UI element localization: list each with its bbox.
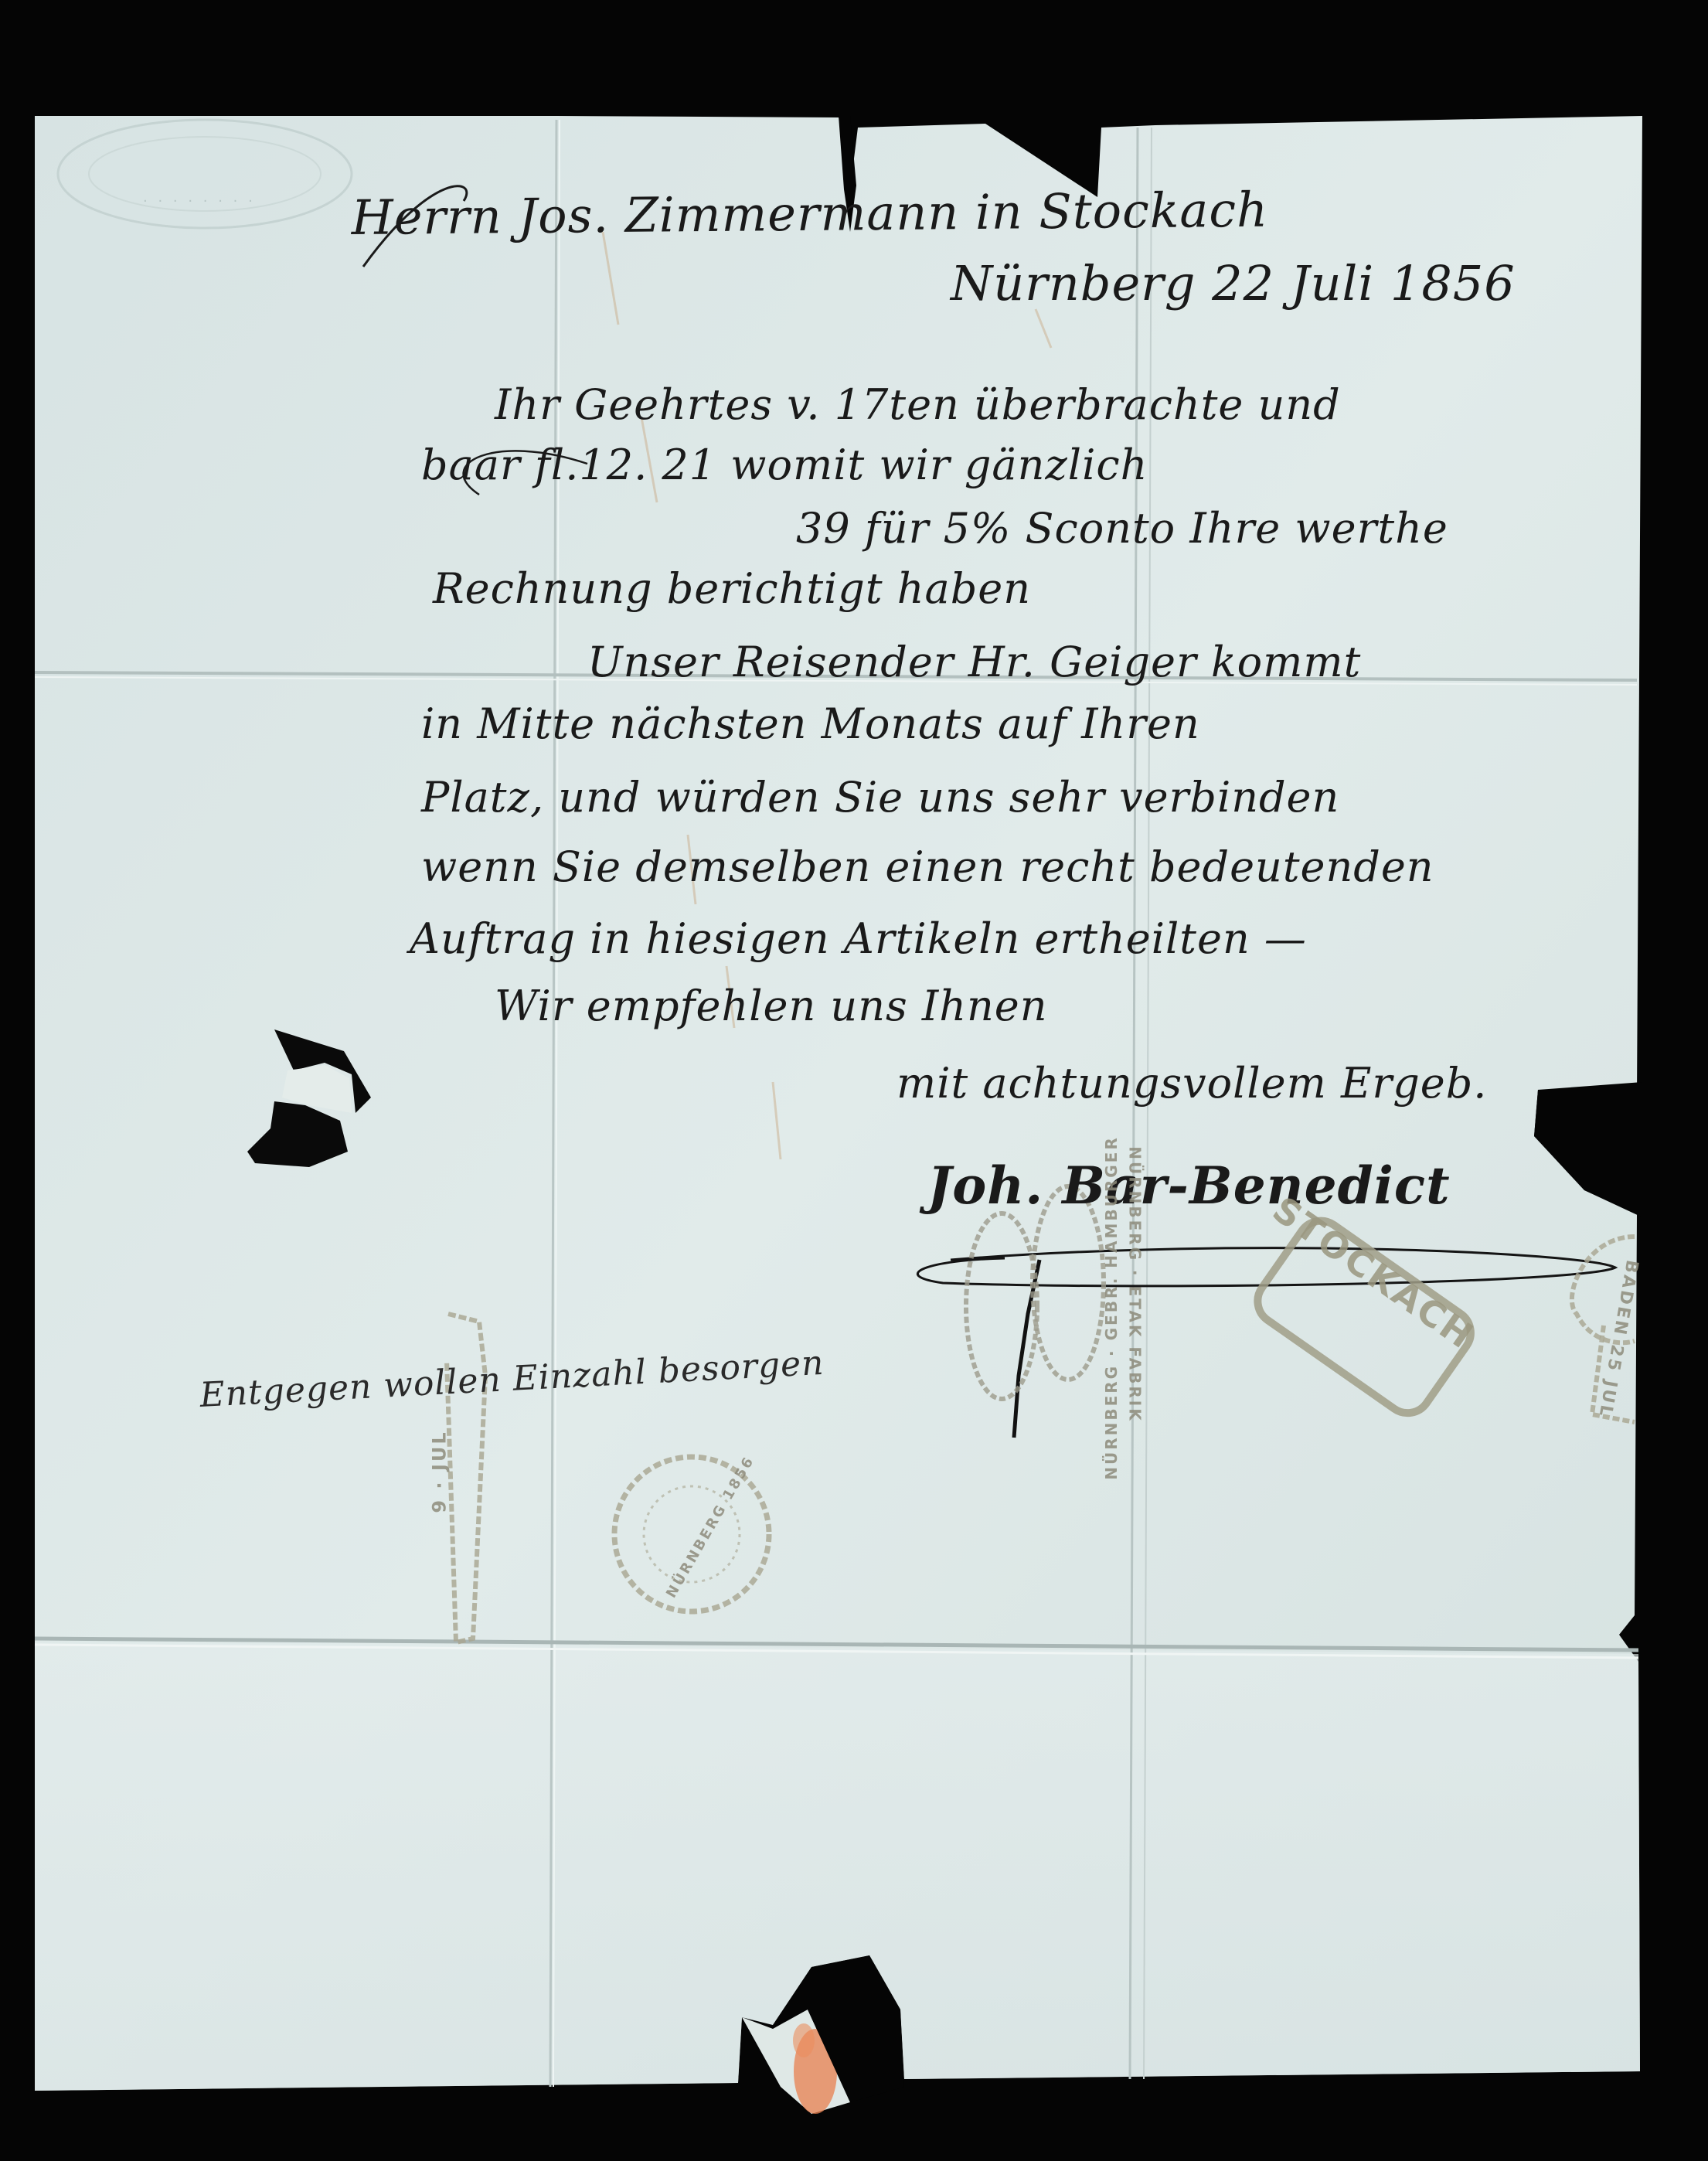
letter-sheet: · · · · · · · · Herrn Jos. Zimmermann in… — [0, 0, 1708, 2161]
oval-stamp-1-text: NÜRNBERG · GEBR. HAMBURGER — [1102, 1135, 1121, 1480]
body-line-10: Wir empfehlen uns Ihnen — [495, 982, 1047, 1030]
body-line-3: 39 für 5% Sconto Ihre werthe — [796, 504, 1448, 553]
left-rect-stamp-text: 9 · JUL — [429, 1430, 451, 1513]
body-line-1: Ihr Geehrtes v. 17ten überbrachte und — [495, 380, 1341, 429]
body-line-5: Unser Reisender Hr. Geiger kommt — [587, 638, 1361, 686]
recipient-address: Herrn Jos. Zimmermann in Stockach — [351, 182, 1268, 246]
body-line-2: baar fl.12. 21 womit wir gänzlich — [421, 441, 1148, 489]
place-date-line: Nürnberg 22 Juli 1856 — [951, 255, 1516, 311]
body-line-4: Rechnung berichtigt haben — [433, 564, 1031, 613]
signature: Joh. Bar-Benedict — [927, 1155, 1451, 1216]
oval-stamp-2-text: NÜRNBERG · ETAK FABRIK — [1126, 1146, 1145, 1422]
body-line-6: in Mitte nächsten Monats auf Ihren — [421, 699, 1200, 748]
body-line-9: Auftrag in hiesigen Artikeln ertheilten … — [410, 914, 1307, 963]
closing-line: mit achtungsvollem Ergeb. — [897, 1059, 1487, 1108]
body-line-8: wenn Sie demselben einen recht bedeutend… — [421, 842, 1434, 891]
embossed-seal-text: · · · · · · · · — [143, 193, 256, 209]
body-line-7: Platz, und würden Sie uns sehr verbinden — [421, 773, 1339, 822]
